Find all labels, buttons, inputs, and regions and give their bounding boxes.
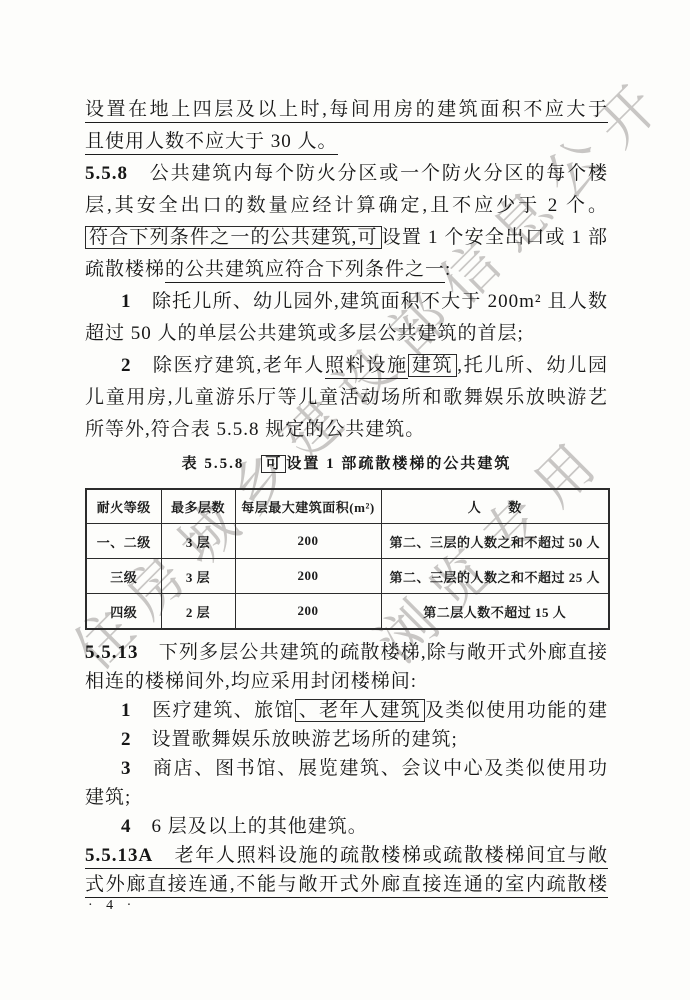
text-segment: :: [445, 259, 451, 280]
table-cell: 2 层: [161, 594, 235, 630]
text-segment: 层,其安全出口的数量应经计算确定,且不应少于 2 个。: [85, 195, 608, 216]
amendment-box: 可: [261, 455, 286, 473]
text-line: 5.5.8 公共建筑内每个防火分区或一个防火分区的每个楼: [85, 158, 608, 190]
text-line: 5.5.13 下列多层公共建筑的疏散楼梯,除与敞开式外廊直接: [85, 638, 608, 667]
text-segment: 1: [121, 700, 132, 721]
text-line: 5.5.13A 老年人照料设施的疏散楼梯或疏散楼梯间宜与敞开: [85, 841, 608, 870]
text-line: 儿童用房,儿童游乐厅等儿童活动场所和歌舞娱乐放映游艺场: [85, 382, 608, 414]
text-segment: 4: [121, 816, 132, 837]
text-segment: 医疗建筑、旅馆: [132, 700, 295, 721]
text-line: 符合下列条件之一的公共建筑,可设置 1 个安全出口或 1 部: [85, 222, 608, 254]
table-row: 三级3 层200第二、三层的人数之和不超过 25 人: [86, 559, 609, 594]
text-segment: 疏散楼梯: [85, 259, 165, 280]
text-line: 建筑;: [85, 783, 608, 812]
page-number: · 4 ·: [88, 898, 136, 914]
amendment-box: 建筑: [408, 354, 457, 377]
text-segment: 除托儿所、幼儿园外,建筑面积不大于 200m² 且人数不: [85, 291, 608, 318]
text-segment: 除医疗建筑,老年人: [132, 355, 326, 376]
text-line: 且使用人数不应大于 30 人。: [85, 126, 608, 158]
text-line: 设置在地上四层及以上时,每间用房的建筑面积不应大于 200m²: [85, 94, 608, 126]
text-segment: 建筑;: [85, 787, 131, 808]
amendment-underline: 5.5.13A: [85, 845, 153, 869]
text-segment: [244, 456, 261, 472]
text-segment: 表 5.5.8: [182, 456, 245, 472]
table-cell: 第二、三层的人数之和不超过 25 人: [381, 559, 609, 594]
table-cell: 200: [235, 594, 381, 630]
text-segment: 所等外,符合表 5.5.8 规定的公共建筑。: [85, 419, 425, 440]
table-cell: 200: [235, 524, 381, 559]
amendment-underline: 式外廊直接连通,不能与敞开式外廊直接连通的室内疏散楼梯: [85, 874, 608, 899]
text-line: 2 设置歌舞娱乐放映游艺场所的建筑;: [85, 725, 608, 754]
text-segment: 公共建筑内每个防火分区或一个防火分区的每个楼: [128, 163, 608, 184]
table-body: 一、二级3 层200第二、三层的人数之和不超过 50 人三级3 层200第二、三…: [86, 524, 609, 630]
text-segment: 5.5.13: [85, 642, 139, 663]
table-cell: 3 层: [161, 559, 235, 594]
text-segment: 商店、图书馆、展览建筑、会议中心及类似使用功能的: [85, 758, 608, 783]
text-segment: 下列多层公共建筑的疏散楼梯,除与敞开式外廊直接: [139, 642, 609, 663]
table-header-cell: 每层最大建筑面积(m²): [235, 489, 381, 524]
amendment-underline: 的公共建筑应符合下列条件之一: [165, 259, 445, 283]
table-cell: 三级: [86, 559, 161, 594]
amendment-underline: 且使用人数不应大于 30 人。: [85, 131, 338, 155]
text-segment: 3: [121, 758, 132, 779]
table-header-cell: 人 数: [381, 489, 609, 524]
text-line: 相连的楼梯间外,均应采用封闭楼梯间:: [85, 667, 608, 696]
amendment-underline: 设置在地上四层及以上时,每间用房的建筑面积不应大于 200m²: [85, 99, 608, 126]
table-cell: 200: [235, 559, 381, 594]
table-row: 四级2 层200第二层人数不超过 15 人: [86, 594, 609, 630]
text-segment: 设置歌舞娱乐放映游艺场所的建筑;: [132, 729, 458, 750]
text-line: 2 除医疗建筑,老年人照料设施建筑,托儿所、幼儿园的: [85, 350, 608, 382]
text-segment: 儿童用房,儿童游乐厅等儿童活动场所和歌舞娱乐放映游艺场: [85, 387, 608, 414]
text-segment: 1: [121, 291, 132, 312]
text-segment: 设置 1 个安全出口或 1 部: [382, 227, 608, 248]
table-cell: 一、二级: [86, 524, 161, 559]
text-segment: 5.5.8: [85, 163, 128, 184]
text-segment: 相连的楼梯间外,均应采用封闭楼梯间:: [85, 671, 417, 692]
table-header-cell: 最多层数: [161, 489, 235, 524]
text-line: 3 商店、图书馆、展览建筑、会议中心及类似使用功能的: [85, 754, 608, 783]
text-line: 式外廊直接连通,不能与敞开式外廊直接连通的室内疏散楼梯: [85, 870, 608, 899]
section-pre-table: 设置在地上四层及以上时,每间用房的建筑面积不应大于 200m²且使用人数不应大于…: [85, 94, 608, 446]
table-header: 耐火等级最多层数每层最大建筑面积(m²)人 数: [86, 489, 609, 524]
table-header-cell: 耐火等级: [86, 489, 161, 524]
table-cell: 四级: [86, 594, 161, 630]
document-content: 设置在地上四层及以上时,每间用房的建筑面积不应大于 200m²且使用人数不应大于…: [85, 94, 608, 899]
amendment-underline: 老年人照料设施的疏散楼梯或疏散楼梯间宜与敞开: [85, 845, 608, 870]
text-segment: 2: [121, 729, 132, 750]
table-cell: 第二层人数不超过 15 人: [381, 594, 609, 630]
text-segment: 设置 1 部疏散楼梯的公共建筑: [286, 456, 511, 472]
text-line: 超过 50 人的单层公共建筑或多层公共建筑的首层;: [85, 318, 608, 350]
text-line: 1 医疗建筑、旅馆、老年人建筑及类似使用功能的建筑;: [85, 696, 608, 725]
text-line: 层,其安全出口的数量应经计算确定,且不应少于 2 个。: [85, 190, 608, 222]
text-line: 疏散楼梯的公共建筑应符合下列条件之一:: [85, 254, 608, 286]
text-line: 1 除托儿所、幼儿园外,建筑面积不大于 200m² 且人数不: [85, 286, 608, 318]
text-segment: 6 层及以上的其他建筑。: [132, 816, 368, 837]
table-caption: 表 5.5.8 可设置 1 部疏散楼梯的公共建筑: [85, 452, 608, 476]
section-post-table: 5.5.13 下列多层公共建筑的疏散楼梯,除与敞开式外廊直接相连的楼梯间外,均应…: [85, 638, 608, 899]
text-segment: 超过 50 人的单层公共建筑或多层公共建筑的首层;: [85, 323, 524, 344]
table-5-5-8: 耐火等级最多层数每层最大建筑面积(m²)人 数 一、二级3 层200第二、三层的…: [85, 488, 610, 630]
text-line: 所等外,符合表 5.5.8 规定的公共建筑。: [85, 414, 608, 446]
amendment-box: 、老年人建筑: [295, 699, 425, 722]
document-page: 住房城乡建设部信息公开 浏览专用 设置在地上四层及以上时,每间用房的建筑面积不应…: [0, 0, 690, 1000]
table-cell: 第二、三层的人数之和不超过 50 人: [381, 524, 609, 559]
amendment-box: 符合下列条件之一的公共建筑,可: [85, 226, 382, 249]
table-cell: 3 层: [161, 524, 235, 559]
text-line: 4 6 层及以上的其他建筑。: [85, 812, 608, 841]
table-row: 一、二级3 层200第二、三层的人数之和不超过 50 人: [86, 524, 609, 559]
text-segment: 2: [121, 355, 132, 376]
amendment-underline: 照料设施: [325, 355, 408, 379]
